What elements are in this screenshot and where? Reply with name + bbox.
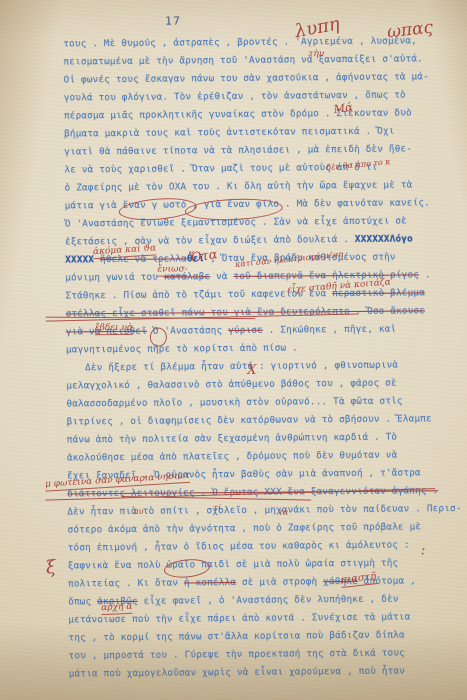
- typed-line-22: βιτρίνες , οἱ διαφημίσεις δὲν κατόρθωναν…: [67, 410, 463, 431]
- struck-text: ἀκριβῶς: [97, 596, 138, 607]
- typed-text: Στάθηκε . Πίσω ἀπὸ τὸ τζάμι τοῦ καφενείο…: [65, 288, 332, 301]
- struck-text: διάττοντες λειτουργίες . Ὁ ἔρωτας ΧΧΧ ἕν…: [67, 485, 438, 499]
- typed-text: μελαγχολικό , θαλασσινὸ στὸ ἀπύθμενο βάθ…: [66, 378, 397, 392]
- struck-text: γύρισε: [228, 325, 263, 336]
- typed-text: μόνιμη γωνιά του: [65, 272, 164, 284]
- struck-text: τοῦ διαπερνᾶ ἕνα ἠλεκτρικὸ ρίγος: [233, 269, 419, 282]
- typed-text: ἀκολούθησε μέσα ἀπὸ πλατεῖες , δρόμους π…: [67, 450, 398, 464]
- typed-text: βιτρίνες , οἱ διαφημίσεις δὲν κατόρθωναν…: [67, 413, 432, 427]
- struck-text: στέλλας εἶχε σταθεῖ πάνω του γιὰ ἕνα δευ…: [66, 305, 426, 319]
- typed-text: της , τὸ κορμί της πάνω στ'ἄλλα κορίτσια…: [68, 630, 404, 644]
- struck-text: ἤθελε νὰ τρελλα: [100, 253, 187, 265]
- typed-text: . Σηκώθηκε , πῆγε, καὶ: [263, 324, 396, 336]
- typed-text: Ὁ 'Αναστάσης ἔνιωθε ξεμαντισμένος . Σὰν …: [65, 215, 407, 229]
- typed-text: πεισματωμένα μὲ τὴν ἄρνηση τοῦ 'Αναστάση…: [63, 53, 423, 67]
- typed-text: τόση ἐπιμονή , ἦταν ὁ ἴδιος μέσα του καθ…: [68, 539, 410, 553]
- typed-text: ἀπότομα ,: [358, 575, 416, 587]
- typed-line-16: στέλλας εἶχε σταθεῖ πάνω του γιὰ ἕνα δευ…: [66, 302, 462, 323]
- typed-text: Δὲν ἦταν πιὰ τὸ σπίτι , σχολεῖο , μηχανά…: [67, 503, 461, 517]
- handwritten-annotation-18: ξ: [45, 559, 57, 578]
- typed-line-7: γιατὶ θὰ πάθαινε τίποτα νὰ τὰ πλησιάσει …: [64, 140, 460, 161]
- typed-text: ὁ Ζαφείρης μὲ τὸν ΟΧΑ του . Κι ὅλη αὐτὴ …: [65, 179, 413, 193]
- typed-text: μαγνητισμένος πῆρε τὸ κορίτσι ἀπὸ πίσω .: [66, 342, 298, 355]
- typed-text: ὅπως: [68, 596, 97, 607]
- typed-text: μετάνοιωσε ποὺ τὴν εἶχε πάρει ἀπὸ κοντά …: [68, 611, 410, 625]
- struck-text: περαστικὸ βλέμμα: [332, 287, 425, 299]
- typed-text: νὰ: [210, 271, 233, 282]
- typed-text: ἔχει ξαναδεῖ . Ὁ οὐρανὸς ἦταν βαθὺς σὰν …: [67, 467, 421, 481]
- typed-text: ΧΧΧΧΧ: [65, 254, 100, 265]
- typed-text: θεῖ: [187, 253, 205, 264]
- typed-text: γουλά του φλόγινα. Τὸν ἐρέθιζαν , τὸν ἀν…: [64, 89, 406, 103]
- typed-text: σὲ μιὰ στροφὴ: [236, 576, 323, 588]
- typed-text: πέρασμα μιᾶς προκλητικῆς γυναίκας στὸν δ…: [64, 107, 412, 121]
- manuscript-page: 17 τους . Μὲ θυμούς , ἀστραπὲς , βροντές…: [0, 0, 467, 700]
- typed-text: εἶχε φανεῖ , ὁ 'Αναστάσης δὲν λυπήθηκε ,…: [138, 594, 399, 607]
- typed-text: , Ὅταν ἕνα βράδυ καθισμένος στὴν: [204, 252, 395, 265]
- typed-text: ΧΧΧΧΧΧΛόγο: [355, 233, 413, 245]
- typed-text-block: τους . Μὲ θυμούς , ἀστραπὲς , βροντές . …: [63, 32, 465, 683]
- page-content: 17 τους . Μὲ θυμούς , ἀστραπὲς , βροντές…: [0, 0, 467, 700]
- typed-text: γιατὶ θὰ πάθαινε τίποτα νὰ τὰ πλησιάσει …: [64, 143, 412, 157]
- typed-line-12: ἐξετάσεις , σὰν νὰ τὸν εἶχαν διώξει ἀπὸ …: [65, 230, 461, 251]
- typed-text: τους . Μὲ θυμούς , ἀστραπὲς , βροντές . …: [63, 35, 417, 49]
- struck-text: ἡ κοπέλλα: [184, 577, 236, 588]
- typed-line-31: πολιτείας . Κι ὅταν ἡ κοπέλλα σὲ μιὰ στρ…: [68, 572, 464, 593]
- typed-text: πάνω ἀπὸ τὴν πολιτεία σὰν ξεχασμένη ἀνθρ…: [67, 432, 398, 446]
- typed-text: .: [419, 269, 431, 280]
- typed-text: Οἱ φωνές τους ἔσκαγαν πάνω του σὰν χαστο…: [64, 71, 429, 85]
- photo-background: 17 τους . Μὲ θυμούς , ἀστραπὲς , βροντές…: [0, 0, 467, 700]
- typed-text: σότερο ἀκόμα ἀπὸ τὴν ἁγνότητα , ποὺ ὁ Ζα…: [68, 521, 422, 535]
- typed-line-29: τόση ἐπιμονή , ἦταν ὁ ἴδιος μέσα του καθ…: [68, 536, 464, 557]
- typed-line-33: μετάνοιωσε ποὺ τὴν εἶχε πάρει ἀπὸ κοντά …: [68, 608, 464, 629]
- typed-text: Ὁ 'Αναστάσης: [147, 325, 228, 337]
- struck-text: γιὰ νὰ πεισθεῖ: [66, 326, 147, 338]
- typed-text: βήματα μακριὰ τους καὶ τοὺς ἀντιστεκόταν…: [64, 126, 395, 140]
- typed-text: πολιτείας . Κι ὅταν: [68, 577, 184, 589]
- typed-line-5: πέρασμα μιᾶς προκλητικῆς γυναίκας στὸν δ…: [64, 104, 460, 125]
- typed-text: μάτια ποὺ χαμογελοῦσαν χωρὶς νὰ εἶναι χα…: [69, 666, 405, 680]
- page-number: 17: [165, 14, 181, 27]
- typed-text: του , μπροστά του . Γύρεψε τὴν προεκτασή…: [69, 648, 405, 662]
- typed-text: ἐξετάσεις , σὰν νὰ τὸν εἶχαν διώξει ἀπὸ …: [65, 234, 355, 248]
- struck-text: χάθηκε: [323, 576, 358, 587]
- typed-text: θαλασσοδαρμένο πλοῖο , μουσικὴ στὸν οὐρα…: [66, 396, 402, 410]
- struck-text: κατάλαβε: [164, 271, 210, 282]
- typed-text: λε νὰ τοὺς χαρισθεῖ . Ὅταν μαζὶ τους μὲ …: [64, 162, 377, 176]
- typed-line-36: μάτια ποὺ χαμογελοῦσαν χωρὶς νὰ εἶναι χα…: [69, 662, 465, 683]
- typed-text: ξαφνικὰ ἕνα πολὺ ὡραῖο παιδὶ σὲ μιὰ πολὺ…: [68, 558, 399, 572]
- typed-text: Δὲν ἤξερε τί βλέμμα ἦταν αὐτό : γιορτινό…: [85, 360, 398, 374]
- typed-text: μάτια γιὰ ἕναν γ ωστό , γιὰ ἕναν φίλο . …: [65, 197, 430, 211]
